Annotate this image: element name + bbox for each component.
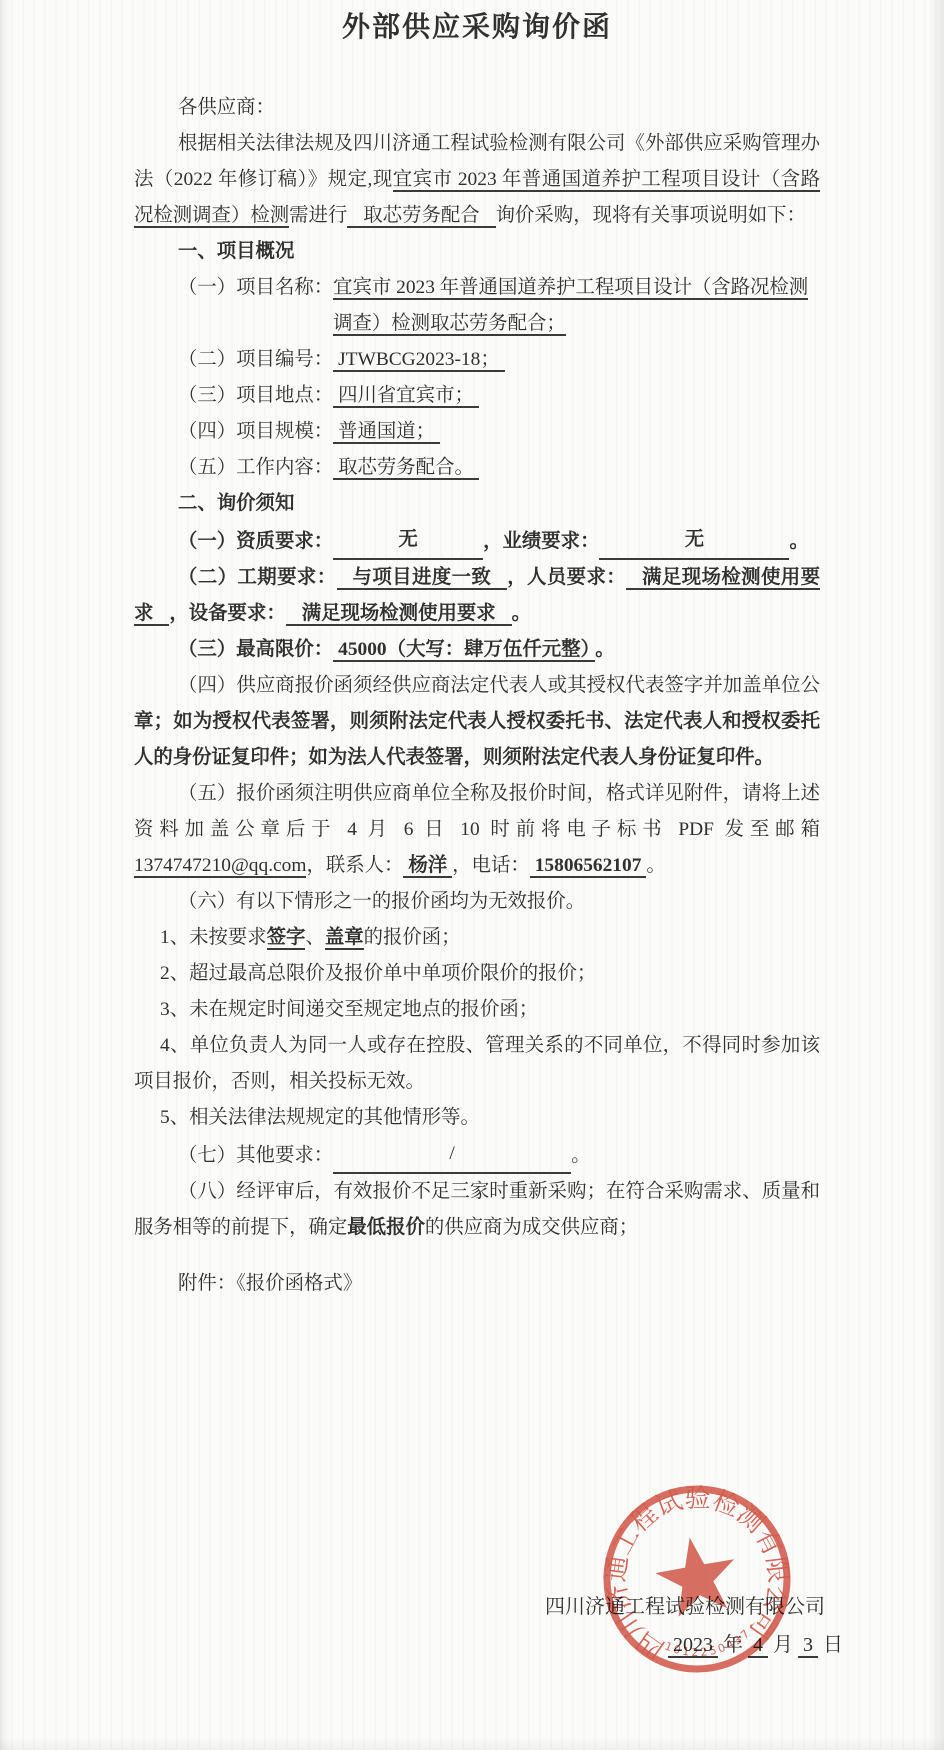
- invalid-item-1: 1、未按要求签字、盖章的报价函；: [134, 920, 820, 956]
- schedule-line: （二）工期要求：与项目进度一致，人员要求：满足现场检测使用要求，设备要求：满足现…: [134, 560, 820, 632]
- signing-requirement-normal: （四）供应商报价函须经供应商法定代表人或其授权代表签字并加盖单位公: [178, 675, 820, 696]
- invalid-item-1-pre: 1、未按要求: [160, 927, 267, 948]
- schedule-end: 。: [512, 603, 531, 624]
- invalid-item-4: 4、单位负责人为同一人或存在控股、管理关系的不同单位，不得同时参加该项目报价，否…: [134, 1028, 820, 1100]
- document-title: 外部供应采购询价函: [134, 6, 820, 50]
- project-number-value-wrap: JTWBCG2023-18；: [333, 342, 820, 378]
- project-name-label: （一）项目名称：: [178, 270, 333, 342]
- document-body: 外部供应采购询价函 各供应商： 根据相关法律法规及四川济通工程试验检测有限公司《…: [134, 6, 820, 1302]
- award-post: 的供应商为成交供应商；: [425, 1217, 638, 1238]
- performance-blank: 无: [599, 522, 789, 560]
- award-lowest-price: 最低报价: [347, 1217, 425, 1238]
- project-name-value: 宜宾市 2023 年普通国道养护工程项目设计（含路况检测调查）检测取芯劳务配合；: [333, 277, 808, 336]
- invalid-item-4-text: 4、单位负责人为同一人或存在控股、管理关系的不同单位，不得同时参加该项目报价，否…: [134, 1035, 820, 1092]
- star-icon: [650, 1531, 742, 1620]
- section2-heading-text: 二、询价须知: [178, 493, 294, 514]
- award-paragraph: （八）经评审后，有效报价不足三家时重新采购；在符合采购需求、质量和服务相等的前提…: [134, 1174, 820, 1246]
- invalid-item-1-stamp: 盖章: [325, 927, 364, 950]
- project-scale-value-wrap: 普通国道；: [333, 414, 820, 450]
- invalid-item-1-mid: 、: [305, 927, 324, 948]
- attachment-label: 附件：: [178, 1273, 236, 1294]
- equipment-label: ，设备要求：: [169, 603, 285, 624]
- intro-work-underlined: 取芯劳务配合: [347, 205, 495, 228]
- schedule-label: （二）工期要求：: [178, 567, 337, 588]
- attachment-line: 附件：《报价函格式》: [134, 1266, 820, 1302]
- invalid-item-1-post: 的报价函；: [364, 927, 461, 948]
- section1-heading-text: 一、项目概况: [178, 241, 294, 262]
- submission-pre: （五）报价函须注明供应商单位全称及报价时间，格式详见附件，请将上述资料加盖公章后…: [134, 783, 820, 840]
- other-requirements-end: 。: [571, 1145, 590, 1166]
- signing-requirement-paragraph: （四）供应商报价函须经供应商法定代表人或其授权代表签字并加盖单位公章；如为授权代…: [134, 668, 820, 776]
- performance-label: ，业绩要求：: [483, 531, 599, 552]
- contact-label: ，联系人：: [306, 855, 403, 876]
- qualification-line: （一）资质要求：无，业绩要求：无。: [134, 522, 820, 560]
- invalid-item-5: 5、相关法律法规规定的其他情形等。: [134, 1100, 820, 1136]
- work-content-row: （五）工作内容： 取芯劳务配合。: [178, 450, 820, 486]
- other-requirements-label: （七）其他要求：: [178, 1145, 333, 1166]
- price-limit-end: 。: [595, 639, 614, 660]
- project-name-row: （一）项目名称： 宜宾市 2023 年普通国道养护工程项目设计（含路况检测调查）…: [178, 270, 820, 342]
- project-name-value-wrap: 宜宾市 2023 年普通国道养护工程项目设计（含路况检测调查）检测取芯劳务配合；: [333, 270, 820, 342]
- section2-heading: 二、询价须知: [134, 486, 820, 522]
- qualification-label: （一）资质要求：: [178, 531, 333, 552]
- attachment-value: 《报价函格式》: [236, 1273, 362, 1294]
- project-number-row: （二）项目编号： JTWBCG2023-18；: [178, 342, 820, 378]
- qualification-end: 。: [789, 531, 808, 552]
- intro-mid: 需进行: [289, 205, 347, 226]
- work-content-value-wrap: 取芯劳务配合。: [333, 450, 820, 486]
- project-location-value: 四川省宜宾市；: [333, 385, 479, 408]
- salutation: 各供应商：: [134, 90, 820, 126]
- invalid-item-1-sign: 签字: [267, 927, 306, 950]
- intro-paragraph: 根据相关法律法规及四川济通工程试验检测有限公司《外部供应采购管理办法（2022 …: [134, 126, 820, 234]
- qualification-blank: 无: [333, 522, 483, 560]
- other-requirements-blank: /: [333, 1136, 571, 1174]
- submission-end: 。: [646, 855, 665, 876]
- invalid-item-2-text: 2、超过最高总限价及报价单中单项价限价的报价；: [160, 963, 596, 984]
- project-number-value: JTWBCG2023-18；: [333, 349, 505, 372]
- price-limit-line: （三）最高限价：45000（大写：肆万伍仟元整）。: [134, 632, 820, 668]
- company-seal: 四川济通工程试验检测有限公司 510122504372: [587, 1469, 807, 1689]
- project-number-label: （二）项目编号：: [178, 342, 333, 378]
- price-limit-value: 45000（大写：肆万伍仟元整）: [333, 639, 595, 662]
- invalid-bid-heading: （六）有以下情形之一的报价函均为无效报价。: [134, 884, 820, 920]
- schedule-blank: 与项目进度一致: [337, 567, 508, 590]
- project-scale-value: 普通国道；: [333, 421, 440, 444]
- project-location-row: （三）项目地点： 四川省宜宾市；: [178, 378, 820, 414]
- contact-name: 杨洋: [403, 855, 452, 878]
- submission-paragraph: （五）报价函须注明供应商单位全称及报价时间，格式详见附件，请将上述资料加盖公章后…: [134, 776, 820, 884]
- phone-number: 15806562107: [530, 855, 647, 878]
- project-location-label: （三）项目地点：: [178, 378, 333, 414]
- invalid-bid-heading-text: （六）有以下情形之一的报价函均为无效报价。: [178, 891, 585, 912]
- intro-post: 询价采购，现将有关事项说明如下：: [496, 205, 806, 226]
- equipment-blank: 满足现场检测使用要求: [286, 603, 512, 626]
- project-scale-label: （四）项目规模：: [178, 414, 333, 450]
- document-page: 外部供应采购询价函 各供应商： 根据相关法律法规及四川济通工程试验检测有限公司《…: [0, 0, 944, 1750]
- invalid-item-5-text: 5、相关法律法规规定的其他情形等。: [160, 1107, 480, 1128]
- project-scale-row: （四）项目规模： 普通国道；: [178, 414, 820, 450]
- signing-requirement-bold: 章；如为授权代表签署，则须附法定代表人授权委托书、法定代表人和授权委托人的身份证…: [134, 711, 820, 768]
- invalid-item-2: 2、超过最高总限价及报价单中单项价限价的报价；: [134, 956, 820, 992]
- work-content-label: （五）工作内容：: [178, 450, 333, 486]
- price-limit-label: （三）最高限价：: [178, 639, 333, 660]
- salutation-text: 各供应商：: [178, 97, 275, 118]
- work-content-value: 取芯劳务配合。: [333, 457, 479, 480]
- invalid-item-3-text: 3、未在规定时间递交至规定地点的报价函；: [160, 999, 538, 1020]
- submission-email: 1374747210@qq.com: [134, 855, 306, 878]
- personnel-label: ，人员要求：: [507, 567, 626, 588]
- signature-day-unit: 日: [823, 1634, 843, 1656]
- phone-label: ，电话：: [452, 855, 530, 876]
- invalid-item-3: 3、未在规定时间递交至规定地点的报价函；: [134, 992, 820, 1028]
- section1-heading: 一、项目概况: [134, 234, 820, 270]
- other-requirements-line: （七）其他要求：/。: [134, 1136, 820, 1174]
- project-location-value-wrap: 四川省宜宾市；: [333, 378, 820, 414]
